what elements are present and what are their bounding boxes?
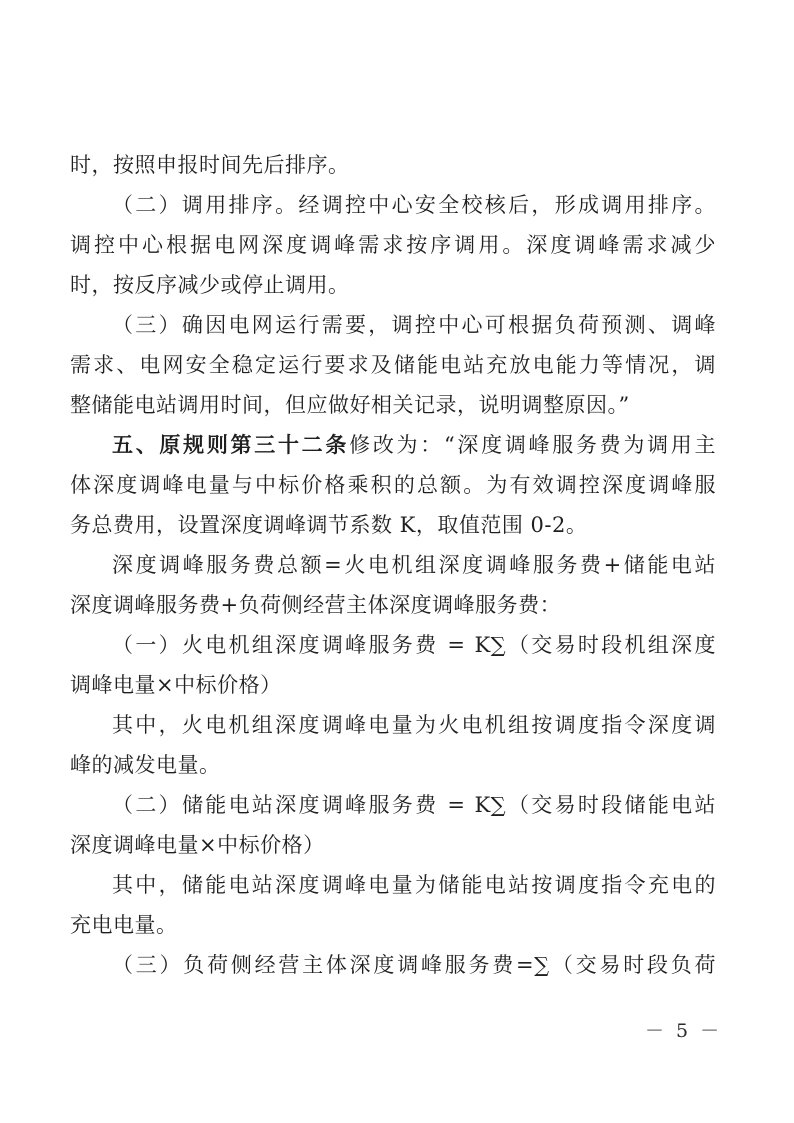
text-line: 需求、电网安全稳定运行要求及储能电站充放电能力等情况，调 — [70, 345, 716, 385]
text-line: 调控中心根据电网深度调峰需求按序调用。深度调峰需求减少 — [70, 225, 716, 265]
text-line: 体深度调峰电量与中标价格乘积的总额。为有效调控深度调峰服 — [70, 465, 716, 505]
page-number: － 5 － — [645, 1020, 722, 1042]
text-line: 充电电量。 — [70, 905, 716, 945]
text-line: （二）调用排序。经调控中心安全校核后，形成调用排序。 — [70, 185, 716, 225]
text-line: 深度调峰电量×中标价格） — [70, 825, 716, 865]
document-body: 时，按照申报时间先后排序。（二）调用排序。经调控中心安全校核后，形成调用排序。调… — [70, 145, 716, 985]
text-line: 整储能电站调用时间，但应做好相关记录，说明调整原因。” — [70, 385, 716, 425]
text-line: 其中，火电机组深度调峰电量为火电机组按调度指令深度调 — [70, 705, 716, 745]
text-line: 时，按照申报时间先后排序。 — [70, 145, 716, 185]
document-page: 时，按照申报时间先后排序。（二）调用排序。经调控中心安全校核后，形成调用排序。调… — [0, 0, 794, 1123]
text-line: （一）火电机组深度调峰服务费 = K∑（交易时段机组深度 — [70, 625, 716, 665]
text-line: 其中，储能电站深度调峰电量为储能电站按调度指令充电的 — [70, 865, 716, 905]
section-heading: 五、原规则第三十二条 — [112, 432, 349, 457]
text-line: 五、原规则第三十二条修改为：“深度调峰服务费为调用主 — [70, 425, 716, 465]
text-line: 时，按反序减少或停止调用。 — [70, 265, 716, 305]
text-line: 深度调峰服务费总额=火电机组深度调峰服务费+储能电站 — [70, 545, 716, 585]
text-line: 峰的减发电量。 — [70, 745, 716, 785]
text-line: （三）负荷侧经营主体深度调峰服务费=∑（交易时段负荷 — [70, 945, 716, 985]
text-line: （三）确因电网运行需要，调控中心可根据负荷预测、调峰 — [70, 305, 716, 345]
text-line: （二）储能电站深度调峰服务费 = K∑（交易时段储能电站 — [70, 785, 716, 825]
text-line: 调峰电量×中标价格） — [70, 665, 716, 705]
text-line: 深度调峰服务费+负荷侧经营主体深度调峰服务费： — [70, 585, 716, 625]
text-line: 务总费用，设置深度调峰调节系数 K，取值范围 0-2。 — [70, 505, 716, 545]
